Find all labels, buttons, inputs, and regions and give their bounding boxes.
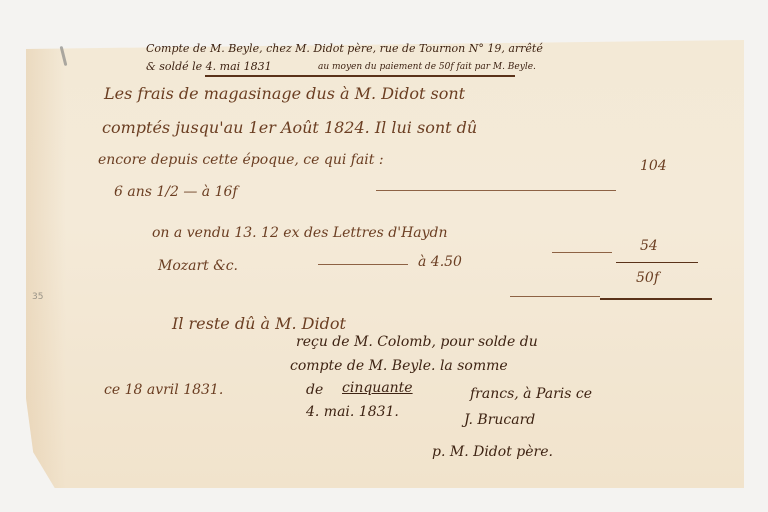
item-2-line-2: Mozart &c.: [158, 258, 238, 274]
receipt-date: 4. mai. 1831.: [306, 404, 399, 420]
receipt-amount-word: cinquante: [342, 380, 413, 396]
balance-amount: 50f: [636, 270, 659, 286]
remainder-line-1: Il reste dû à M. Didot: [172, 314, 346, 333]
item-2-dash-a: [318, 264, 408, 265]
receipt-line-1: reçu de M. Colomb, pour solde du: [296, 334, 538, 350]
page-number-stamp: 35: [32, 292, 43, 302]
body-line-2: comptés jusqu'au 1er Août 1824. Il lui s…: [102, 118, 477, 137]
item-2-line-1: on a vendu 13. 12 ex des Lettres d'Haydn: [152, 225, 448, 241]
header-line-2-prefix: & soldé le 4. mai 1831: [146, 60, 272, 73]
subtraction-rule: [616, 262, 698, 263]
signature-didot: p. M. Didot père.: [432, 444, 553, 460]
body-line-3: encore depuis cette époque, ce qui fait …: [98, 152, 384, 168]
header-line-1: Compte de M. Beyle, chez M. Didot père, …: [146, 42, 543, 55]
item-1-dash: [376, 190, 616, 191]
receipt-line-3-prefix: de: [306, 382, 323, 398]
item-2-rate: à 4.50: [418, 254, 462, 270]
item-2-amount: 54: [640, 238, 658, 254]
remainder-date: ce 18 avril 1831.: [104, 382, 223, 398]
receipt-line-3-suffix: francs, à Paris ce: [470, 386, 592, 402]
header-line-2-suffix: au moyen du paiement de 50f fait par M. …: [318, 62, 536, 72]
balance-dash: [510, 296, 600, 297]
item-1-label: 6 ans 1/2 — à 16f: [114, 184, 238, 200]
signature-brucard: J. Brucard: [464, 412, 535, 428]
balance-underline: [600, 298, 712, 300]
item-2-dash-b: [552, 252, 612, 253]
item-1-amount: 104: [640, 158, 667, 174]
body-line-1: Les frais de magasinage dus à M. Didot s…: [104, 84, 465, 103]
header-underline: [205, 75, 515, 77]
receipt-line-2: compte de M. Beyle. la somme: [290, 358, 508, 374]
